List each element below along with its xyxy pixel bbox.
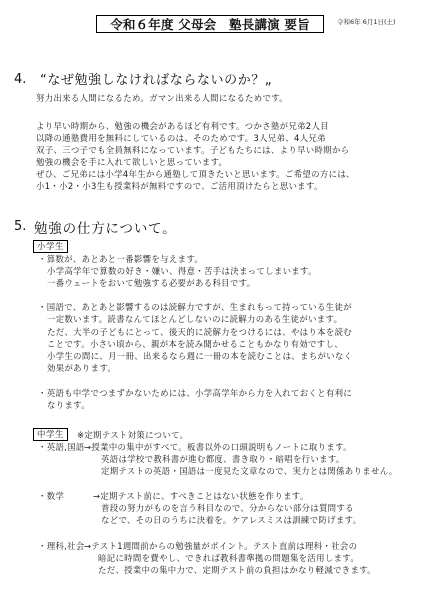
- section-4-paragraph-line: ぜひ、ご兄弟には小学4年生から通塾して頂きたいと思います。ご希望の方には、: [36, 168, 355, 180]
- junior-high-item-line: →授業中の集中がすべて。板書以外の口頭説明もノートに取ります。: [84, 441, 352, 453]
- elementary-item-line: ことです。小さい頃から、親が本を読み聞かせることもかなり有効ですし、: [47, 338, 343, 350]
- junior-high-subject: ・英語,国語: [38, 441, 85, 453]
- elementary-item-line: ただ、大半の子どもにとって、後天的に読解力をつけるには、やはり本を読む: [47, 326, 352, 338]
- section-5-title: 勉強の仕方について。: [34, 217, 176, 237]
- junior-high-item-line: ただ、授業中の集中力で、定期テスト前の負担はかなり軽減できます。: [98, 564, 376, 576]
- elementary-item-line: 小学高学年で算数の好き・嫌い、得意・苦手は決まってしまいます。: [47, 265, 317, 277]
- junior-high-item-line: →テスト1週間前からの勉強量がポイント。テスト直前は理科・社会の: [84, 540, 357, 552]
- elementary-item-line: 小学生の間に、月一冊、出来るなら週に一冊の本を読むことは、まちがいなく: [47, 350, 352, 362]
- junior-high-item-line: 英語は学校で教科書が進む都度、書き取り・暗唱を行います。: [101, 453, 345, 465]
- section-4-paragraph-line: より早い時期から、勉強の機会があるほど有利です。つかさ塾が兄弟2人目: [36, 120, 329, 132]
- document-title: 令和６年度 父母会 塾長講演 要旨: [96, 15, 324, 33]
- section-4-paragraph-line: 双子、三つ子でも全員無料になっています。子どもたちには、より早い時期から: [36, 144, 349, 156]
- document-date: 令和6年 6月1日(土): [337, 17, 396, 26]
- elementary-item-line: 一定数います。読書なんてほとんどしないのに読解力のある生徒がいます。: [47, 313, 342, 325]
- junior-high-label: 中学生: [33, 428, 68, 441]
- junior-high-item-line: 定期テストの英語・国語は一度見た文章なので、実力とは関係ありません。: [101, 465, 398, 477]
- junior-high-subject: ・数学: [38, 490, 64, 502]
- section-4-title: “なぜ勉強しなければならないのか？„: [40, 69, 272, 88]
- junior-high-item-line: などで、その日のうちに決着を。ケアレスミスは訓練で防げます。: [101, 514, 361, 526]
- elementary-item-line: ・国語で、あとあと影響するのは読解力ですが、生まれもって持っている生徒が: [38, 301, 352, 313]
- junior-high-item-line: 暗記に時間を費やし、できれば教科書準拠の問題集を活用します。: [98, 552, 359, 564]
- elementary-item-line: 一番ウェートをおいて勉強する必要がある科目です。: [47, 277, 255, 289]
- elementary-item-line: なります。: [47, 399, 90, 411]
- elementary-item-line: ・算数が、あとあと一番影響を与えます。: [38, 253, 203, 265]
- elementary-label: 小学生: [33, 240, 68, 253]
- section-5-number: 5.: [14, 219, 26, 234]
- junior-high-subject: ・理科,社会: [38, 540, 85, 552]
- junior-high-item-line: →定期テスト前に、すべきことはない状態を作ります。: [93, 490, 309, 502]
- junior-high-item-line: 普段の努力がものを言う科目なので、分からない部分は質問する: [101, 502, 354, 514]
- elementary-item-line: 効果があります。: [47, 362, 116, 374]
- section-4-paragraph-line: 小1・小2・小3生も授業料が無料ですので、ご活用頂けたらと思います。: [36, 180, 323, 192]
- junior-high-note: ※定期テスト対策について。: [77, 429, 188, 441]
- section-4-lead: 努力出来る人間になるため。ガマン出来る人間になるためです。: [36, 92, 288, 104]
- section-4-number: 4.: [14, 72, 26, 87]
- section-4-paragraph-line: 以降の通塾費用を無料にしているのは、そのためです。3人兄弟、4人兄弟: [36, 132, 326, 144]
- elementary-item-line: ・英語も中学でつまずかないためには、小学高学年から力を入れておくと有利に: [38, 387, 352, 399]
- section-4-paragraph-line: 勉強の機会を手に入れて欲しいと思っています。: [36, 156, 227, 168]
